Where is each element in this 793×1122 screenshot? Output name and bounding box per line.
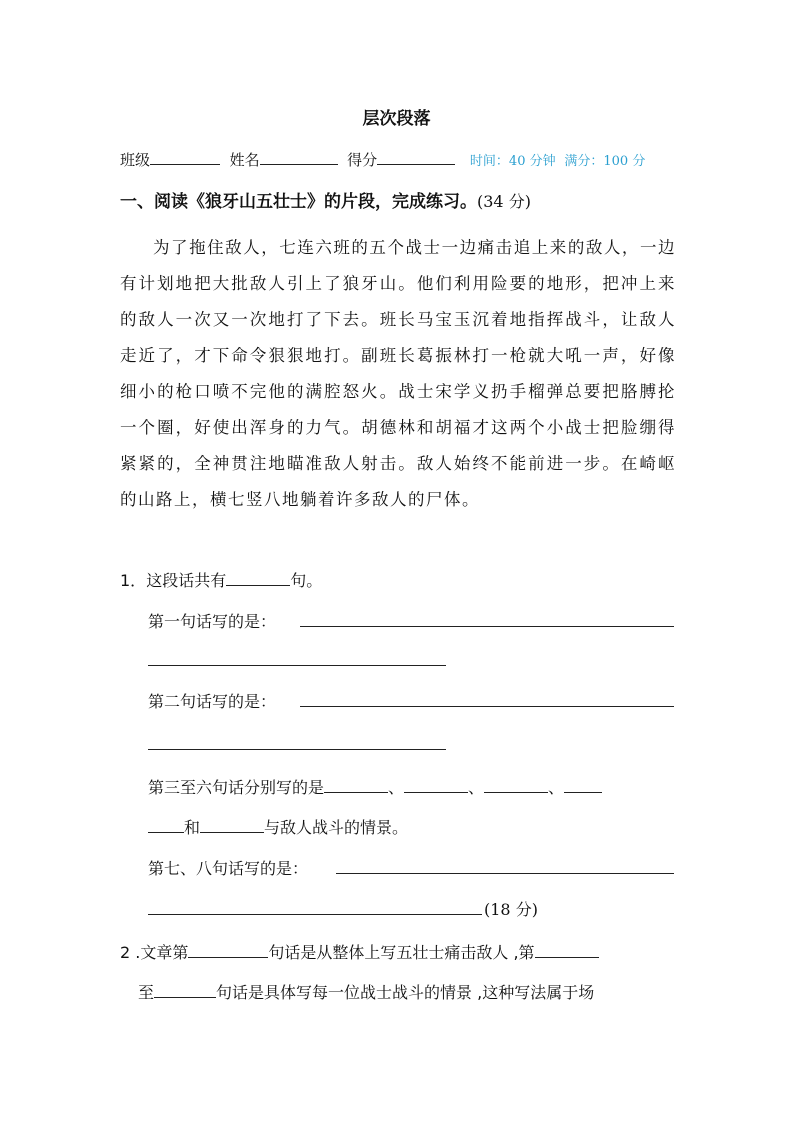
q1-line3-after: 与敌人战斗的情景。 bbox=[264, 818, 408, 837]
q1-sentence-count-blank[interactable] bbox=[226, 569, 290, 586]
question-2-line2: 至句话是具体写每一位战士战斗的情景 ,这种写法属于场 bbox=[138, 980, 594, 1003]
q1-line3-blank-5[interactable] bbox=[200, 816, 264, 833]
reading-passage: 为了拖住敌人，七连六班的五个战士一边痛击追上来的敌人，一边有计划地把大批敌人引上… bbox=[120, 230, 676, 518]
q1-line4-label: 第七、八句话写的是： bbox=[148, 856, 308, 879]
separator: 、 bbox=[548, 778, 564, 797]
question-2-line1: 2 .文章第句话是从整体上写五壮士痛击敌人 ,第 bbox=[120, 940, 599, 963]
q1-line2-blank-b[interactable] bbox=[148, 749, 446, 750]
time-limit: 时间：40 分钟 bbox=[470, 154, 556, 169]
name-label: 姓名 bbox=[230, 151, 260, 169]
q1-line1-label: 第一句话写的是： bbox=[148, 609, 276, 632]
q2-part2: 句话是从整体上写五壮士痛击敌人 ,第 bbox=[268, 943, 534, 962]
q2-blank-3[interactable] bbox=[154, 981, 216, 998]
q1-line3-label: 第三至六句话分别写的是 bbox=[148, 778, 324, 797]
q1-line2-label: 第二句话写的是： bbox=[148, 689, 276, 712]
separator: 、 bbox=[388, 778, 404, 797]
q1-line1-blank-a[interactable] bbox=[300, 626, 674, 627]
student-info-line: 班级 姓名 得分 时间：40 分钟 满分：100 分 bbox=[120, 149, 645, 170]
q1-line1-blank-b[interactable] bbox=[148, 665, 446, 666]
class-label: 班级 bbox=[120, 151, 150, 169]
q1-line3-blank-4b[interactable] bbox=[148, 816, 184, 833]
page-title: 层次段落 bbox=[0, 104, 793, 129]
q2-part1: 文章第 bbox=[140, 943, 188, 962]
q1-line3-blank-1[interactable] bbox=[324, 776, 388, 793]
name-field[interactable] bbox=[260, 150, 338, 165]
q1-line3: 第三至六句话分别写的是、、、 bbox=[148, 775, 602, 798]
q1-line4-blank-a[interactable] bbox=[336, 873, 674, 874]
class-field[interactable] bbox=[150, 150, 220, 165]
q2-part4: 句话是具体写每一位战士战斗的情景 ,这种写法属于场 bbox=[216, 983, 594, 1002]
q2-blank-2[interactable] bbox=[535, 941, 599, 958]
q1-line3-cont: 和与敌人战斗的情景。 bbox=[148, 815, 408, 838]
q1-line2-blank-a[interactable] bbox=[300, 706, 674, 707]
q2-part3: 至 bbox=[138, 983, 154, 1002]
section-heading-text: 一、阅读《狼牙山五壮士》的片段，完成练习。 bbox=[120, 192, 477, 212]
separator: 、 bbox=[468, 778, 484, 797]
q1-points: (18 分) bbox=[484, 897, 538, 920]
full-score: 满分：100 分 bbox=[564, 154, 645, 169]
section-heading: 一、阅读《狼牙山五壮士》的片段，完成练习。(34 分) bbox=[120, 187, 531, 212]
section-points: (34 分) bbox=[477, 192, 531, 211]
q1-stem-before: 这段话共有 bbox=[146, 571, 226, 590]
score-label: 得分 bbox=[347, 151, 377, 169]
q1-stem-after: 句。 bbox=[290, 571, 322, 590]
q2-blank-1[interactable] bbox=[188, 941, 268, 958]
question-1-stem: 1．这段话共有句。 bbox=[120, 568, 322, 591]
q1-line4-blank-b[interactable] bbox=[148, 914, 482, 915]
q1-line3-and: 和 bbox=[184, 818, 200, 837]
score-field[interactable] bbox=[377, 150, 455, 165]
q1-line3-blank-3[interactable] bbox=[484, 776, 548, 793]
q1-line3-blank-2[interactable] bbox=[404, 776, 468, 793]
q1-line3-blank-4a[interactable] bbox=[564, 776, 602, 793]
question-1-number: 1． bbox=[120, 571, 146, 590]
question-2-number: 2 . bbox=[120, 943, 140, 962]
